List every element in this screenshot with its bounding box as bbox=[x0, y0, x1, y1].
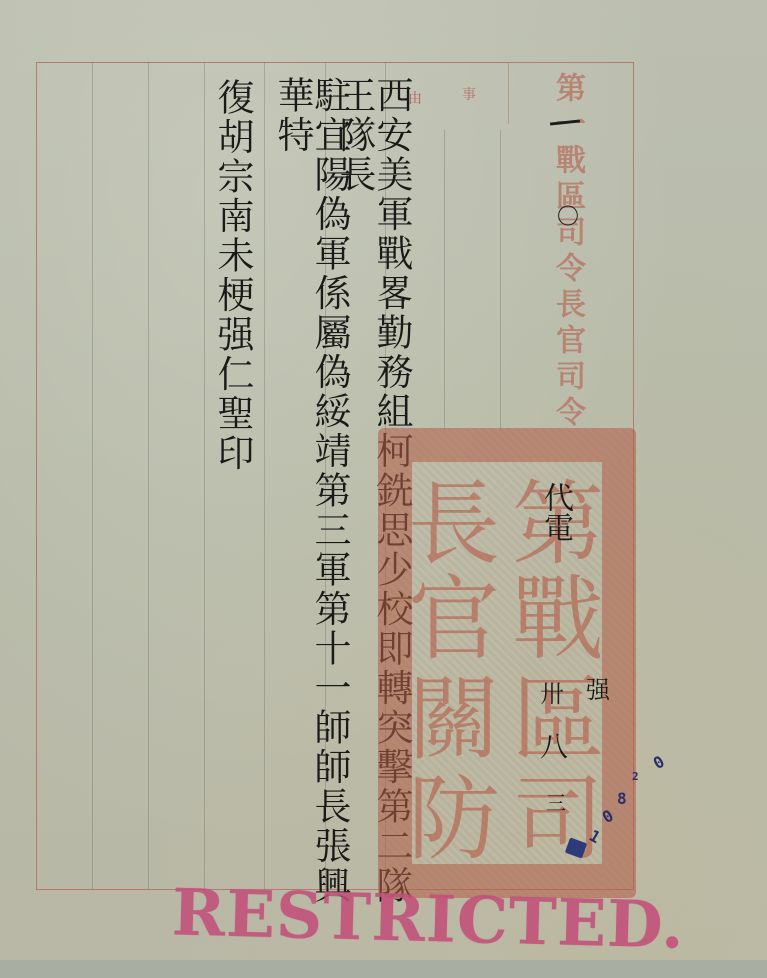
seal-glyph: 戰 bbox=[504, 570, 596, 662]
document-type-annotation: 代電 bbox=[540, 482, 570, 542]
seal-glyph: 官 bbox=[400, 570, 492, 662]
seal-glyph: 關 bbox=[400, 670, 492, 762]
date-mark: 卅 bbox=[540, 674, 564, 709]
body-column-3: 復胡宗南未梗强仁聖印 bbox=[214, 78, 251, 478]
column-rule bbox=[204, 62, 205, 890]
body-column-2: 駐宜陽偽軍係屬偽綏靖第三軍第十一師師長張興華特 bbox=[274, 76, 348, 906]
date-mark: 强 bbox=[586, 670, 610, 705]
column-rule bbox=[92, 62, 93, 890]
seal-glyph: 長 bbox=[400, 475, 492, 567]
seal-glyph: 防 bbox=[400, 770, 492, 862]
serial-digit: 2 bbox=[632, 770, 639, 783]
serial-digit: 8 bbox=[617, 789, 627, 808]
subject-label-shi: 事 bbox=[462, 84, 476, 104]
column-rule bbox=[148, 62, 149, 890]
date-mark: 八 bbox=[540, 725, 568, 765]
date-mark: 三 bbox=[546, 787, 566, 816]
column-rule bbox=[500, 130, 501, 430]
seal-characters: 第 戰 區 司 長 官 關 防 bbox=[392, 475, 612, 875]
form-title: 第一戰區司令長官司令 bbox=[552, 72, 582, 452]
restricted-stamp: RESTRICTED. bbox=[171, 881, 685, 958]
column-rule bbox=[444, 130, 445, 430]
header-rule bbox=[508, 62, 509, 124]
correction-zero: 〇 bbox=[557, 200, 579, 231]
column-rule bbox=[264, 62, 265, 890]
